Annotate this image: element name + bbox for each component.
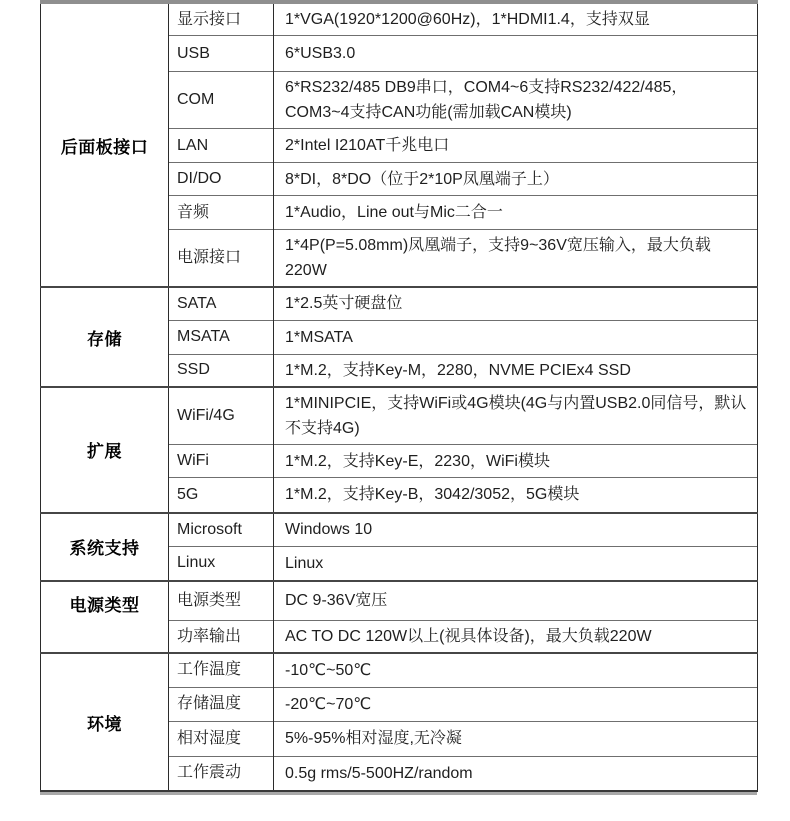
group-label-storage: 存储 bbox=[41, 287, 169, 387]
spec-value: 1*VGA(1920*1200@60Hz)，1*HDMI1.4，支持双显 bbox=[274, 2, 758, 36]
spec-value: 8*DI，8*DO（位于2*10P凤凰端子上） bbox=[274, 163, 758, 196]
spec-row: 存储SATA1*2.5英寸硬盘位 bbox=[41, 287, 758, 320]
spec-value: 1*MINIPCIE，支持WiFi或4G模块(4G与内置USB2.0同信号，默认… bbox=[274, 387, 758, 445]
spec-value: 6*USB3.0 bbox=[274, 36, 758, 72]
spec-name: 音频 bbox=[169, 196, 274, 230]
spec-value: DC 9-36V宽压 bbox=[274, 581, 758, 621]
spec-row: 电源类型电源类型DC 9-36V宽压 bbox=[41, 581, 758, 621]
spec-value: 6*RS232/485 DB9串口，COM4~6支持RS232/422/485，… bbox=[274, 72, 758, 129]
group-label-environment: 环境 bbox=[41, 653, 169, 791]
group-label-rear-panel: 后面板接口 bbox=[41, 2, 169, 287]
spec-name: 电源类型 bbox=[169, 581, 274, 621]
spec-name: LAN bbox=[169, 129, 274, 163]
spec-table-body: 后面板接口显示接口1*VGA(1920*1200@60Hz)，1*HDMI1.4… bbox=[41, 0, 758, 791]
spec-value: 0.5g rms/5-500HZ/random bbox=[274, 756, 758, 791]
spec-value: 1*M.2，支持Key-B，3042/3052，5G模块 bbox=[274, 478, 758, 513]
spec-name: SSD bbox=[169, 354, 274, 387]
group-label-os-support: 系统支持 bbox=[41, 513, 169, 581]
spec-name: USB bbox=[169, 36, 274, 72]
spec-name: 5G bbox=[169, 478, 274, 513]
spec-value: Linux bbox=[274, 547, 758, 581]
spec-row: 后面板接口显示接口1*VGA(1920*1200@60Hz)，1*HDMI1.4… bbox=[41, 2, 758, 36]
spec-name: MSATA bbox=[169, 320, 274, 354]
spec-value: 1*M.2，支持Key-E，2230，WiFi模块 bbox=[274, 445, 758, 478]
group-label-expansion: 扩展 bbox=[41, 387, 169, 513]
spec-name: 电源接口 bbox=[169, 230, 274, 288]
spec-value: 2*Intel I210AT千兆电口 bbox=[274, 129, 758, 163]
spec-value: 1*2.5英寸硬盘位 bbox=[274, 287, 758, 320]
page: 后面板接口显示接口1*VGA(1920*1200@60Hz)，1*HDMI1.4… bbox=[0, 0, 790, 821]
spec-name: 相对湿度 bbox=[169, 721, 274, 756]
spec-value: -10℃~50℃ bbox=[274, 653, 758, 687]
spec-value: AC TO DC 120W以上(视具体设备)，最大负载220W bbox=[274, 621, 758, 654]
spec-value: Windows 10 bbox=[274, 513, 758, 547]
spec-name: 工作温度 bbox=[169, 653, 274, 687]
spec-value: 1*M.2，支持Key-M，2280，NVME PCIEx4 SSD bbox=[274, 354, 758, 387]
spec-name: 存储温度 bbox=[169, 687, 274, 721]
spec-value: 5%-95%相对湿度,无冷凝 bbox=[274, 721, 758, 756]
spec-name: 功率输出 bbox=[169, 621, 274, 654]
spec-name: Microsoft bbox=[169, 513, 274, 547]
spec-value: 1*MSATA bbox=[274, 320, 758, 354]
spec-name: 显示接口 bbox=[169, 2, 274, 36]
spec-value: -20℃~70℃ bbox=[274, 687, 758, 721]
spec-table: 后面板接口显示接口1*VGA(1920*1200@60Hz)，1*HDMI1.4… bbox=[40, 0, 758, 792]
spec-row: 系统支持MicrosoftWindows 10 bbox=[41, 513, 758, 547]
spec-name: Linux bbox=[169, 547, 274, 581]
spec-name: 工作震动 bbox=[169, 756, 274, 791]
spec-name: WiFi bbox=[169, 445, 274, 478]
spec-row: 扩展WiFi/4G1*MINIPCIE，支持WiFi或4G模块(4G与内置USB… bbox=[41, 387, 758, 445]
spec-name: WiFi/4G bbox=[169, 387, 274, 445]
spec-name: SATA bbox=[169, 287, 274, 320]
spec-row: 环境工作温度-10℃~50℃ bbox=[41, 653, 758, 687]
spec-name: DI/DO bbox=[169, 163, 274, 196]
spec-table-wrap: 后面板接口显示接口1*VGA(1920*1200@60Hz)，1*HDMI1.4… bbox=[40, 0, 757, 792]
spec-name: COM bbox=[169, 72, 274, 129]
group-label-power: 电源类型 bbox=[41, 581, 169, 654]
spec-value: 1*Audio，Line out与Mic二合一 bbox=[274, 196, 758, 230]
spec-value: 1*4P(P=5.08mm)凤凰端子，支持9~36V宽压输入，最大负载220W bbox=[274, 230, 758, 288]
